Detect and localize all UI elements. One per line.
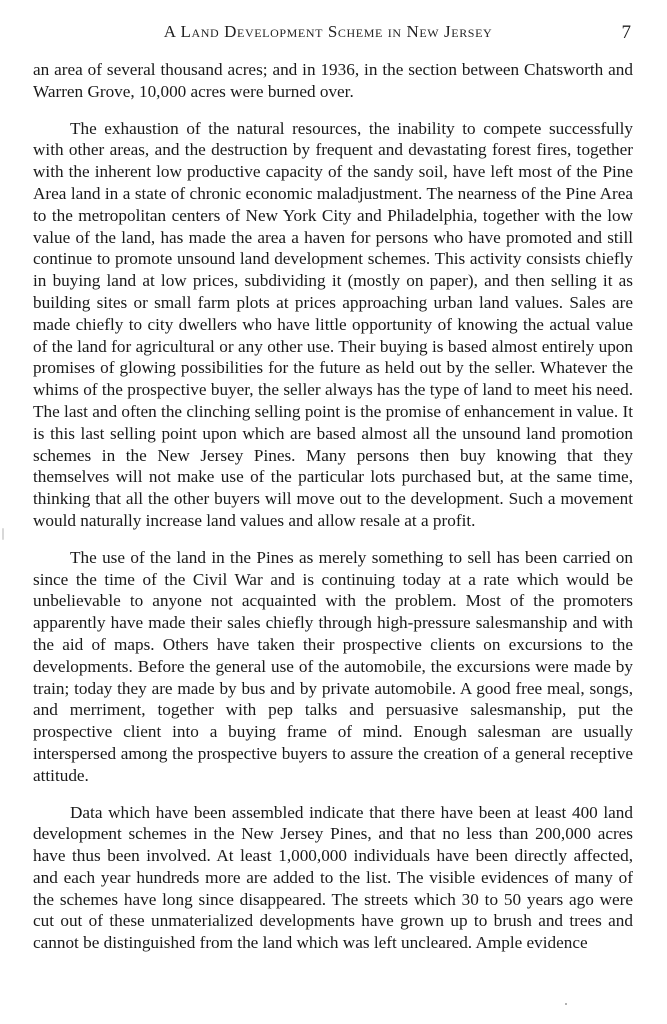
scan-speck	[565, 1003, 567, 1005]
page-number: 7	[622, 22, 632, 44]
running-head: A Land Development Scheme in New Jersey …	[33, 22, 633, 44]
paragraph-sales-methods: The use of the land in the Pines as mere…	[33, 547, 633, 787]
paragraph-scheme-statistics: Data which have been assembled indicate …	[33, 802, 633, 955]
body-text: an area of several thousand acres; and i…	[33, 59, 633, 969]
running-title: A Land Development Scheme in New Jersey	[33, 22, 623, 42]
scan-margin-mark	[2, 528, 4, 540]
paragraph-continuation: an area of several thousand acres; and i…	[33, 59, 633, 103]
paragraph-economic-maladjustment: The exhaustion of the natural resources,…	[33, 118, 633, 532]
